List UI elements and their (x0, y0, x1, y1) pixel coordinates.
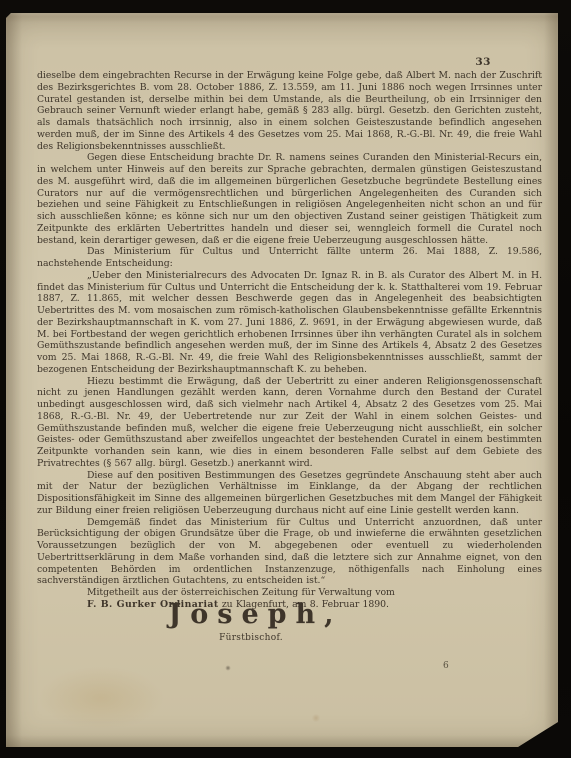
signature-title: Fürstbischof. (36, 633, 466, 643)
sheet-signature-mark: 6 (443, 661, 449, 671)
body-paragraph: Gegen diese Entscheidung brachte Dr. R. … (37, 152, 542, 246)
document-body: dieselbe dem eingebrachten Recurse in de… (37, 70, 542, 611)
scan-background: 33 dieselbe dem eingebrachten Recurse in… (0, 0, 571, 758)
source-attribution-line: Mitgetheilt aus der österreichischen Zei… (37, 587, 542, 599)
body-paragraph: „Ueber den Ministerialrecurs des Advocat… (37, 270, 542, 376)
body-paragraph: Diese auf den positiven Bestimmungen des… (37, 470, 542, 517)
body-paragraph: Demgemäß findet das Ministerium für Cult… (37, 517, 542, 588)
signature-name: Joseph, (36, 599, 466, 630)
body-paragraph: Hiezu bestimmt die Erwägung, daß der Ueb… (37, 376, 542, 470)
body-paragraph: Das Ministerium für Cultus und Unterrich… (37, 246, 542, 270)
body-paragraph: dieselbe dem eingebrachten Recurse in de… (37, 70, 542, 152)
page-number: 33 (475, 56, 491, 68)
document-page: 33 dieselbe dem eingebrachten Recurse in… (6, 13, 558, 747)
signature-block: Joseph, Fürstbischof. (36, 599, 466, 643)
